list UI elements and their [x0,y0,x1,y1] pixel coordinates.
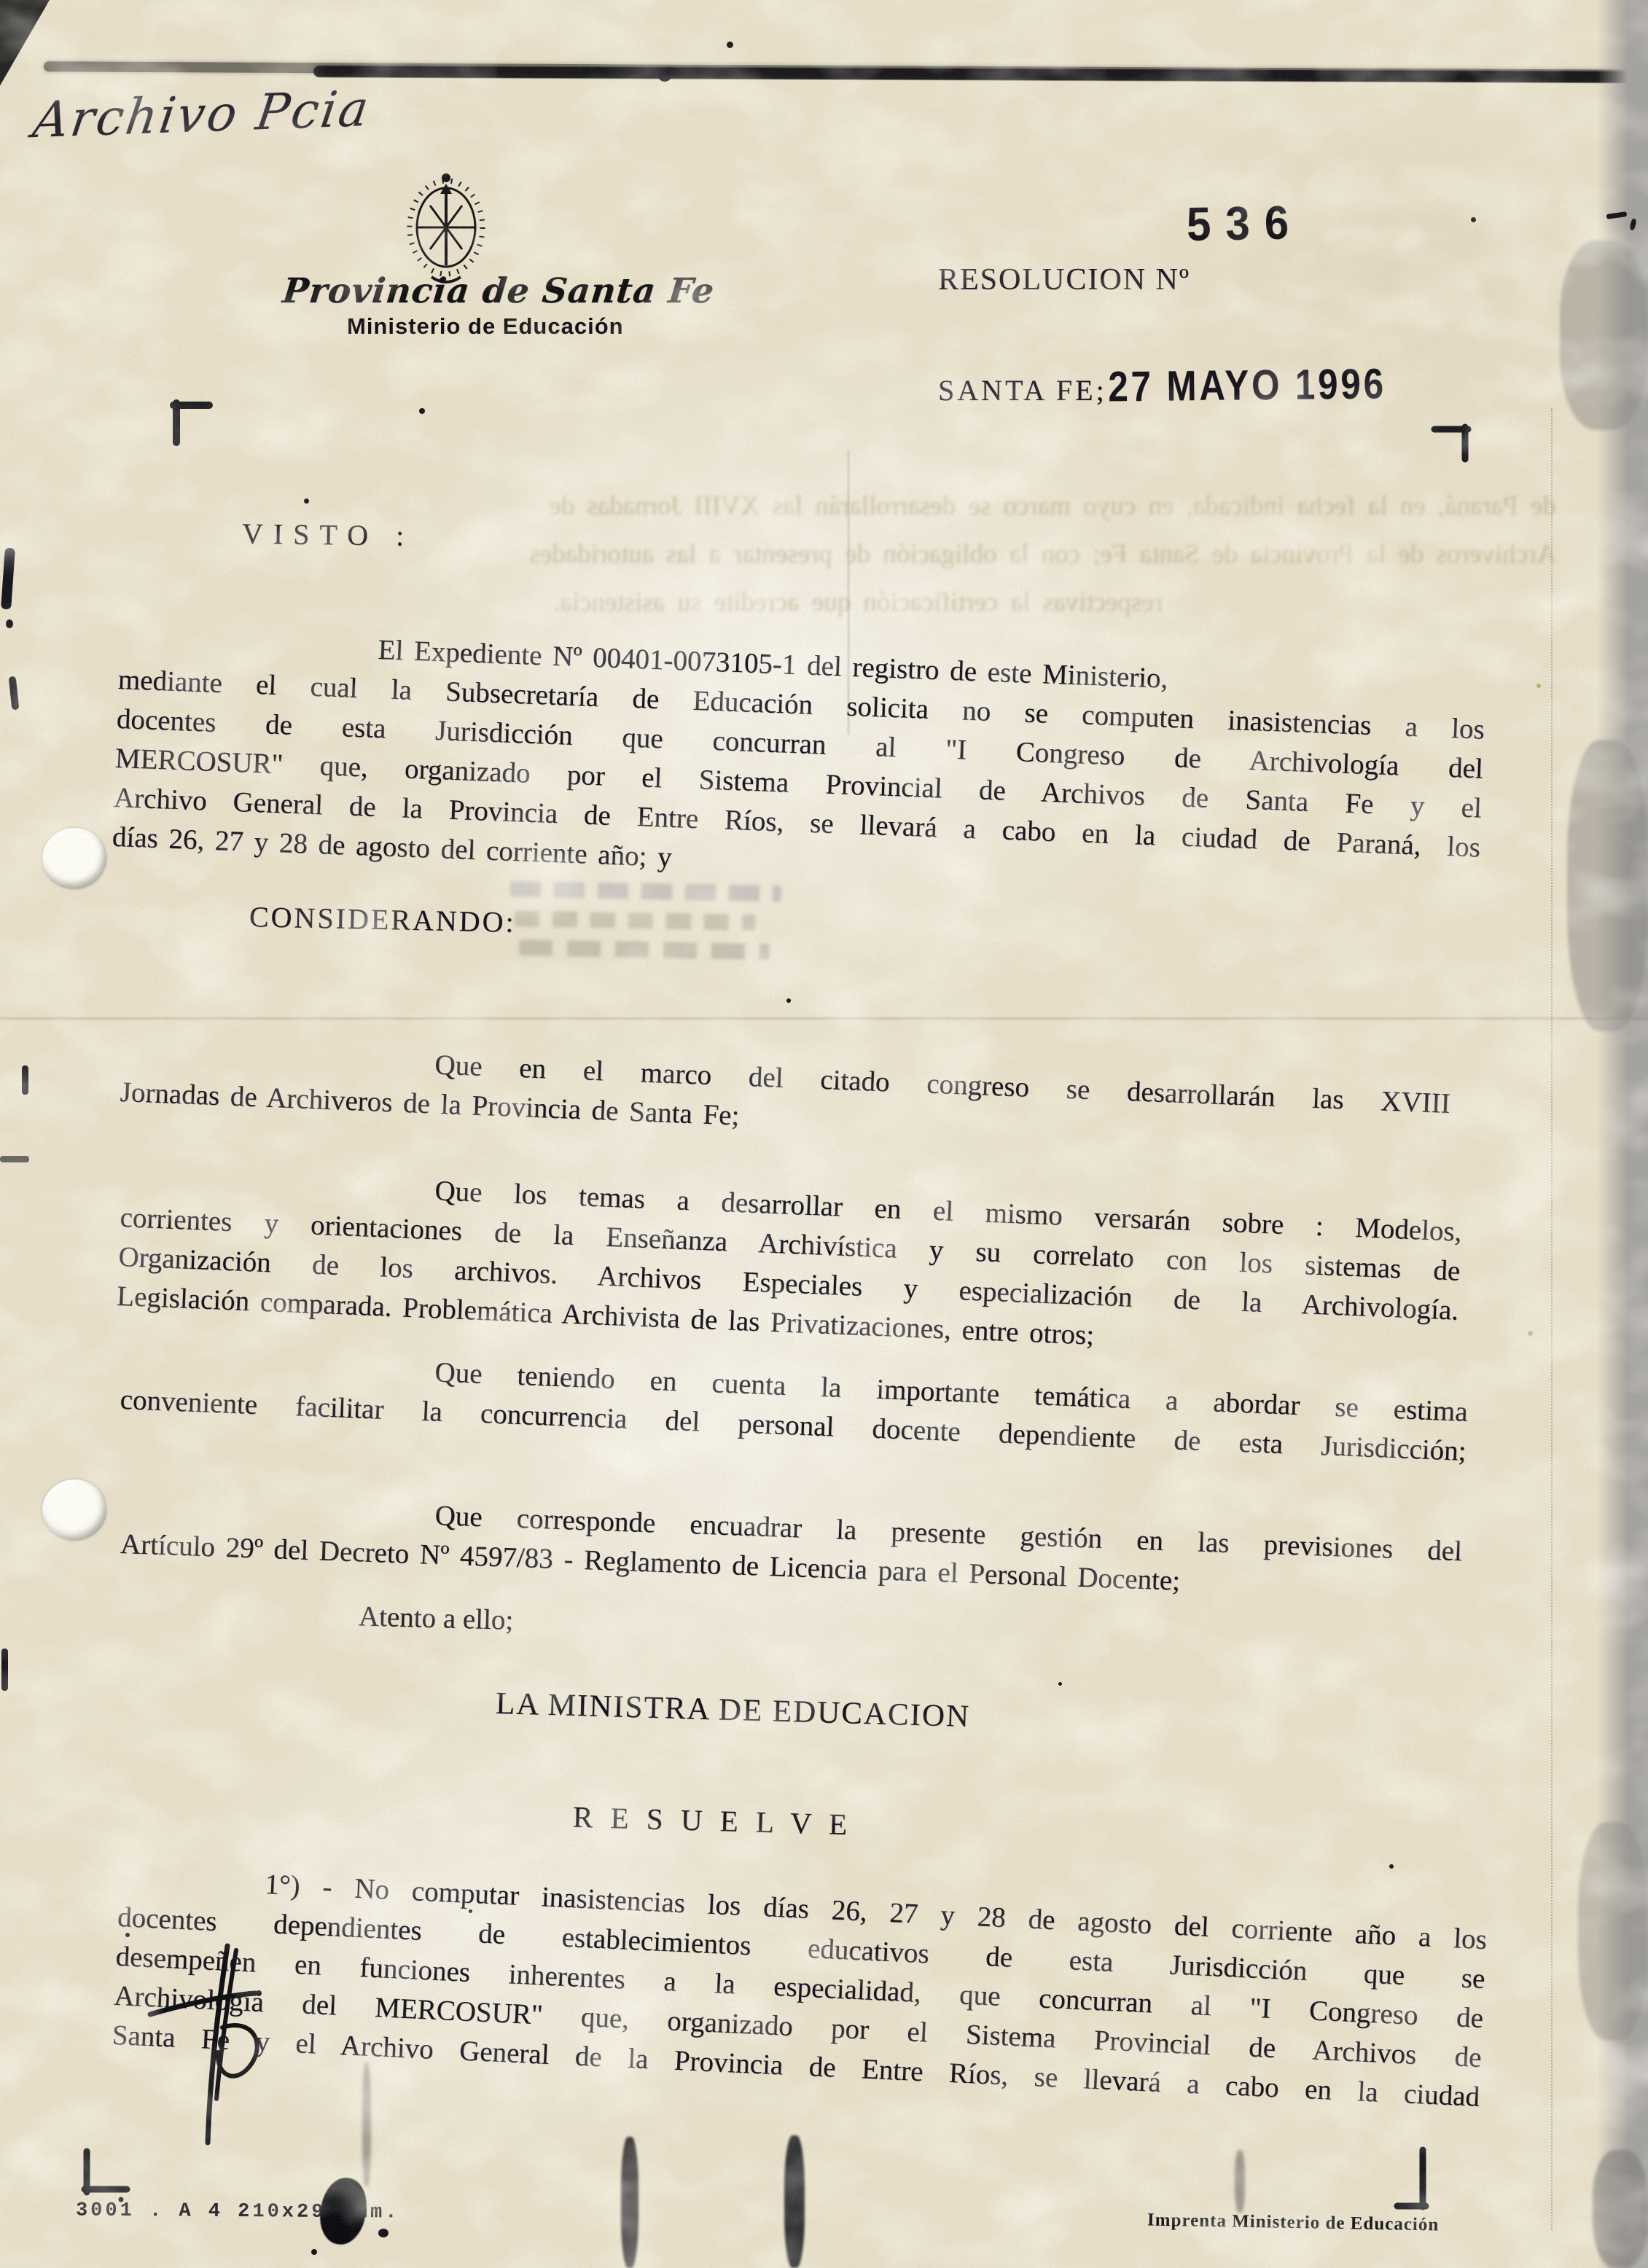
ghost-stamp-line [515,910,755,931]
bleedthrough-ghost-text: de Paraná, en la fecha indicada, en cuyo… [106,482,1556,627]
speck [1471,217,1476,222]
scan-smudge [1567,740,1648,1031]
ink-streak [1235,2150,1245,2213]
speck [419,408,425,414]
scan-smudge [1578,1822,1648,2041]
considerando-paragraph-4: Que corresponde encuadrar la presente ge… [120,1485,1463,1611]
considerando-paragraph-1: Que en el marco del citado congreso se d… [120,1033,1451,1163]
crop-corner-mark-bottom-left [85,2151,127,2202]
letterhead-province: Provincia de Santa Fe [281,271,716,311]
speck [469,1909,472,1913]
ink-streak [621,2137,638,2268]
provincial-crest-icon [405,171,487,287]
letterhead-ministry: Ministerio de Educación [347,313,624,340]
ghost-stamp-line [519,939,770,960]
visto-heading: VISTO : [242,516,415,552]
considerando-paragraph-2: Que los temas a desarrollar en el mismo … [116,1159,1462,1370]
edge-mark [22,1065,28,1095]
ink-speck [378,2229,388,2237]
scan-corner-shadow [0,0,51,93]
place-label: SANTA FE; [938,373,1107,407]
authority-heading: LA MINISTRA DE EDUCACION [495,1686,970,1735]
ink-streak [784,2135,805,2268]
crop-corner-mark-top-right [1434,427,1468,459]
speck [1389,1864,1394,1869]
edge-mark [1,1649,8,1691]
paper-crease [0,1017,1648,1020]
speck [658,70,671,82]
edge-mark [6,619,13,628]
handwritten-archive-note: Archivo Pcia [30,80,375,149]
considerando-heading: CONSIDERANDO: [249,899,517,939]
scan-smudge [1593,2150,1648,2268]
edge-mark [0,1156,29,1162]
hole-punch [42,1479,106,1541]
green-speck [1536,684,1541,688]
speck [1058,1682,1062,1686]
atento-line: Atento a ello; [358,1600,513,1637]
resuelve-heading: R E S U E L V E [572,1799,852,1842]
speck [125,1933,130,1937]
hole-punch [42,828,106,889]
printer-footer: Imprenta Ministerio de Educación [1147,2210,1440,2236]
speck [304,498,309,504]
edge-mark [1,548,15,610]
paper-crease [848,450,849,735]
resolution-label: RESOLUCION Nº [938,262,1190,297]
article-1-paragraph: 1°) - No computar inasistencias los días… [112,1858,1488,2117]
ghost-stamp-line [510,881,781,902]
ink-streak [362,2062,371,2186]
speck [786,998,791,1003]
resolution-number-stamp: 536 [1186,195,1303,251]
scanned-resolution-page: de Paraná, en la fecha indicada, en cuyo… [0,0,1648,2268]
scan-fold-dotted-line [1551,408,1553,2230]
speck [727,42,733,48]
crop-corner-mark-top-left [173,403,209,442]
visto-paragraph: El Expediente Nº 00401-0073105-1 del reg… [112,621,1487,907]
date-stamp: 27 MAYO 1996 [1108,360,1386,412]
ink-blot [315,2174,371,2248]
crop-corner-mark-bottom-right [1397,2150,1426,2207]
edge-mark [9,676,20,711]
scan-smudge [1560,241,1648,430]
bleedthrough-line: respectivas la certificación que acredit… [106,579,1556,627]
green-speck [1528,1331,1533,1336]
ink-speck [311,2249,317,2255]
